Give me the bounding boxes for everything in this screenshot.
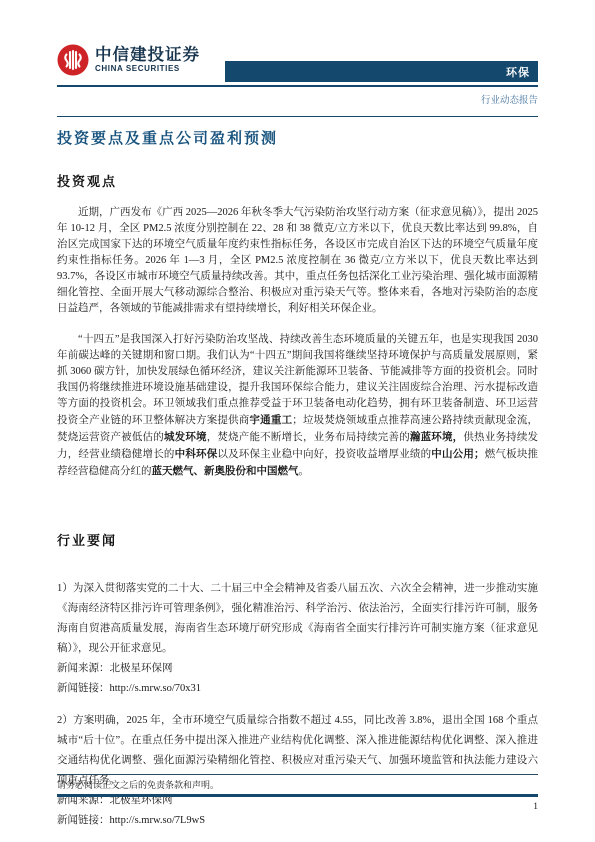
- news-item: 2）方案明确，2025 年，全市环境空气质量综合指数不超过 4.55，同比改善 …: [57, 711, 538, 831]
- report-type-label: 行业动态报告: [57, 92, 538, 106]
- section-heading-investment: 投资观点: [57, 171, 538, 190]
- footer-rule-bottom: [57, 794, 538, 797]
- news-source-line: 新闻来源：北极星环保网: [57, 659, 538, 679]
- news-item-text: 1）为深入贯彻落实党的二十大、二十届三中全会精神及省委八届五次、六次全会精神，进…: [57, 583, 538, 654]
- page-footer: 请务必阅读正文之后的免责条款和声明。 1: [57, 774, 538, 812]
- news-link-label: 新闻链接：: [57, 815, 110, 826]
- report-content: 中信建投证券 CHINA SECURITIES 环保 行业动态报告 投资要点及重…: [57, 44, 538, 831]
- investment-paragraph: 近期，广西发布《广西 2025—2026 年秋冬季大气污染防治攻坚行动方案（征求…: [57, 205, 538, 317]
- news-link-line: 新闻链接：http://s.mrw.so/70x31: [57, 679, 538, 699]
- brand-block: 中信建投证券 CHINA SECURITIES: [57, 44, 225, 76]
- report-page: 中信建投证券 CHINA SECURITIES 环保 行业动态报告 投资要点及重…: [0, 0, 595, 842]
- citic-logo-icon: [57, 44, 89, 76]
- section-heading-news: 行业要闻: [57, 530, 538, 549]
- news-source-value: 北极星环保网: [110, 663, 173, 674]
- page-title: 投资要点及重点公司盈利预测: [57, 127, 538, 148]
- news-item: 1）为深入贯彻落实党的二十大、二十届三中全会精神及省委八届五次、六次全会精神，进…: [57, 579, 538, 699]
- page-number: 1: [57, 802, 538, 812]
- industry-tag-bar: 环保: [225, 61, 538, 82]
- header: 中信建投证券 CHINA SECURITIES 环保: [57, 44, 538, 82]
- news-link-url[interactable]: http://s.mrw.so/7L9wS: [110, 815, 206, 826]
- news-source-label: 新闻来源：: [57, 663, 110, 674]
- header-rule-top: [57, 85, 538, 87]
- header-rule-bottom: [57, 116, 538, 117]
- disclaimer-text: 请务必阅读正文之后的免责条款和声明。: [57, 775, 538, 794]
- news-link-line: 新闻链接：http://s.mrw.so/7L9wS: [57, 811, 538, 831]
- news-link-url[interactable]: http://s.mrw.so/70x31: [110, 683, 202, 694]
- industry-tag: 环保: [506, 64, 530, 80]
- brand-name-cn: 中信建投证券: [95, 46, 200, 63]
- investment-paragraph: “十四五”是我国深入打好污染防治攻坚战、持续改善生态环境质量的关键五年，也是实现…: [57, 332, 538, 480]
- news-link-label: 新闻链接：: [57, 683, 110, 694]
- brand-text: 中信建投证券 CHINA SECURITIES: [95, 46, 200, 74]
- brand-name-en: CHINA SECURITIES: [95, 65, 200, 73]
